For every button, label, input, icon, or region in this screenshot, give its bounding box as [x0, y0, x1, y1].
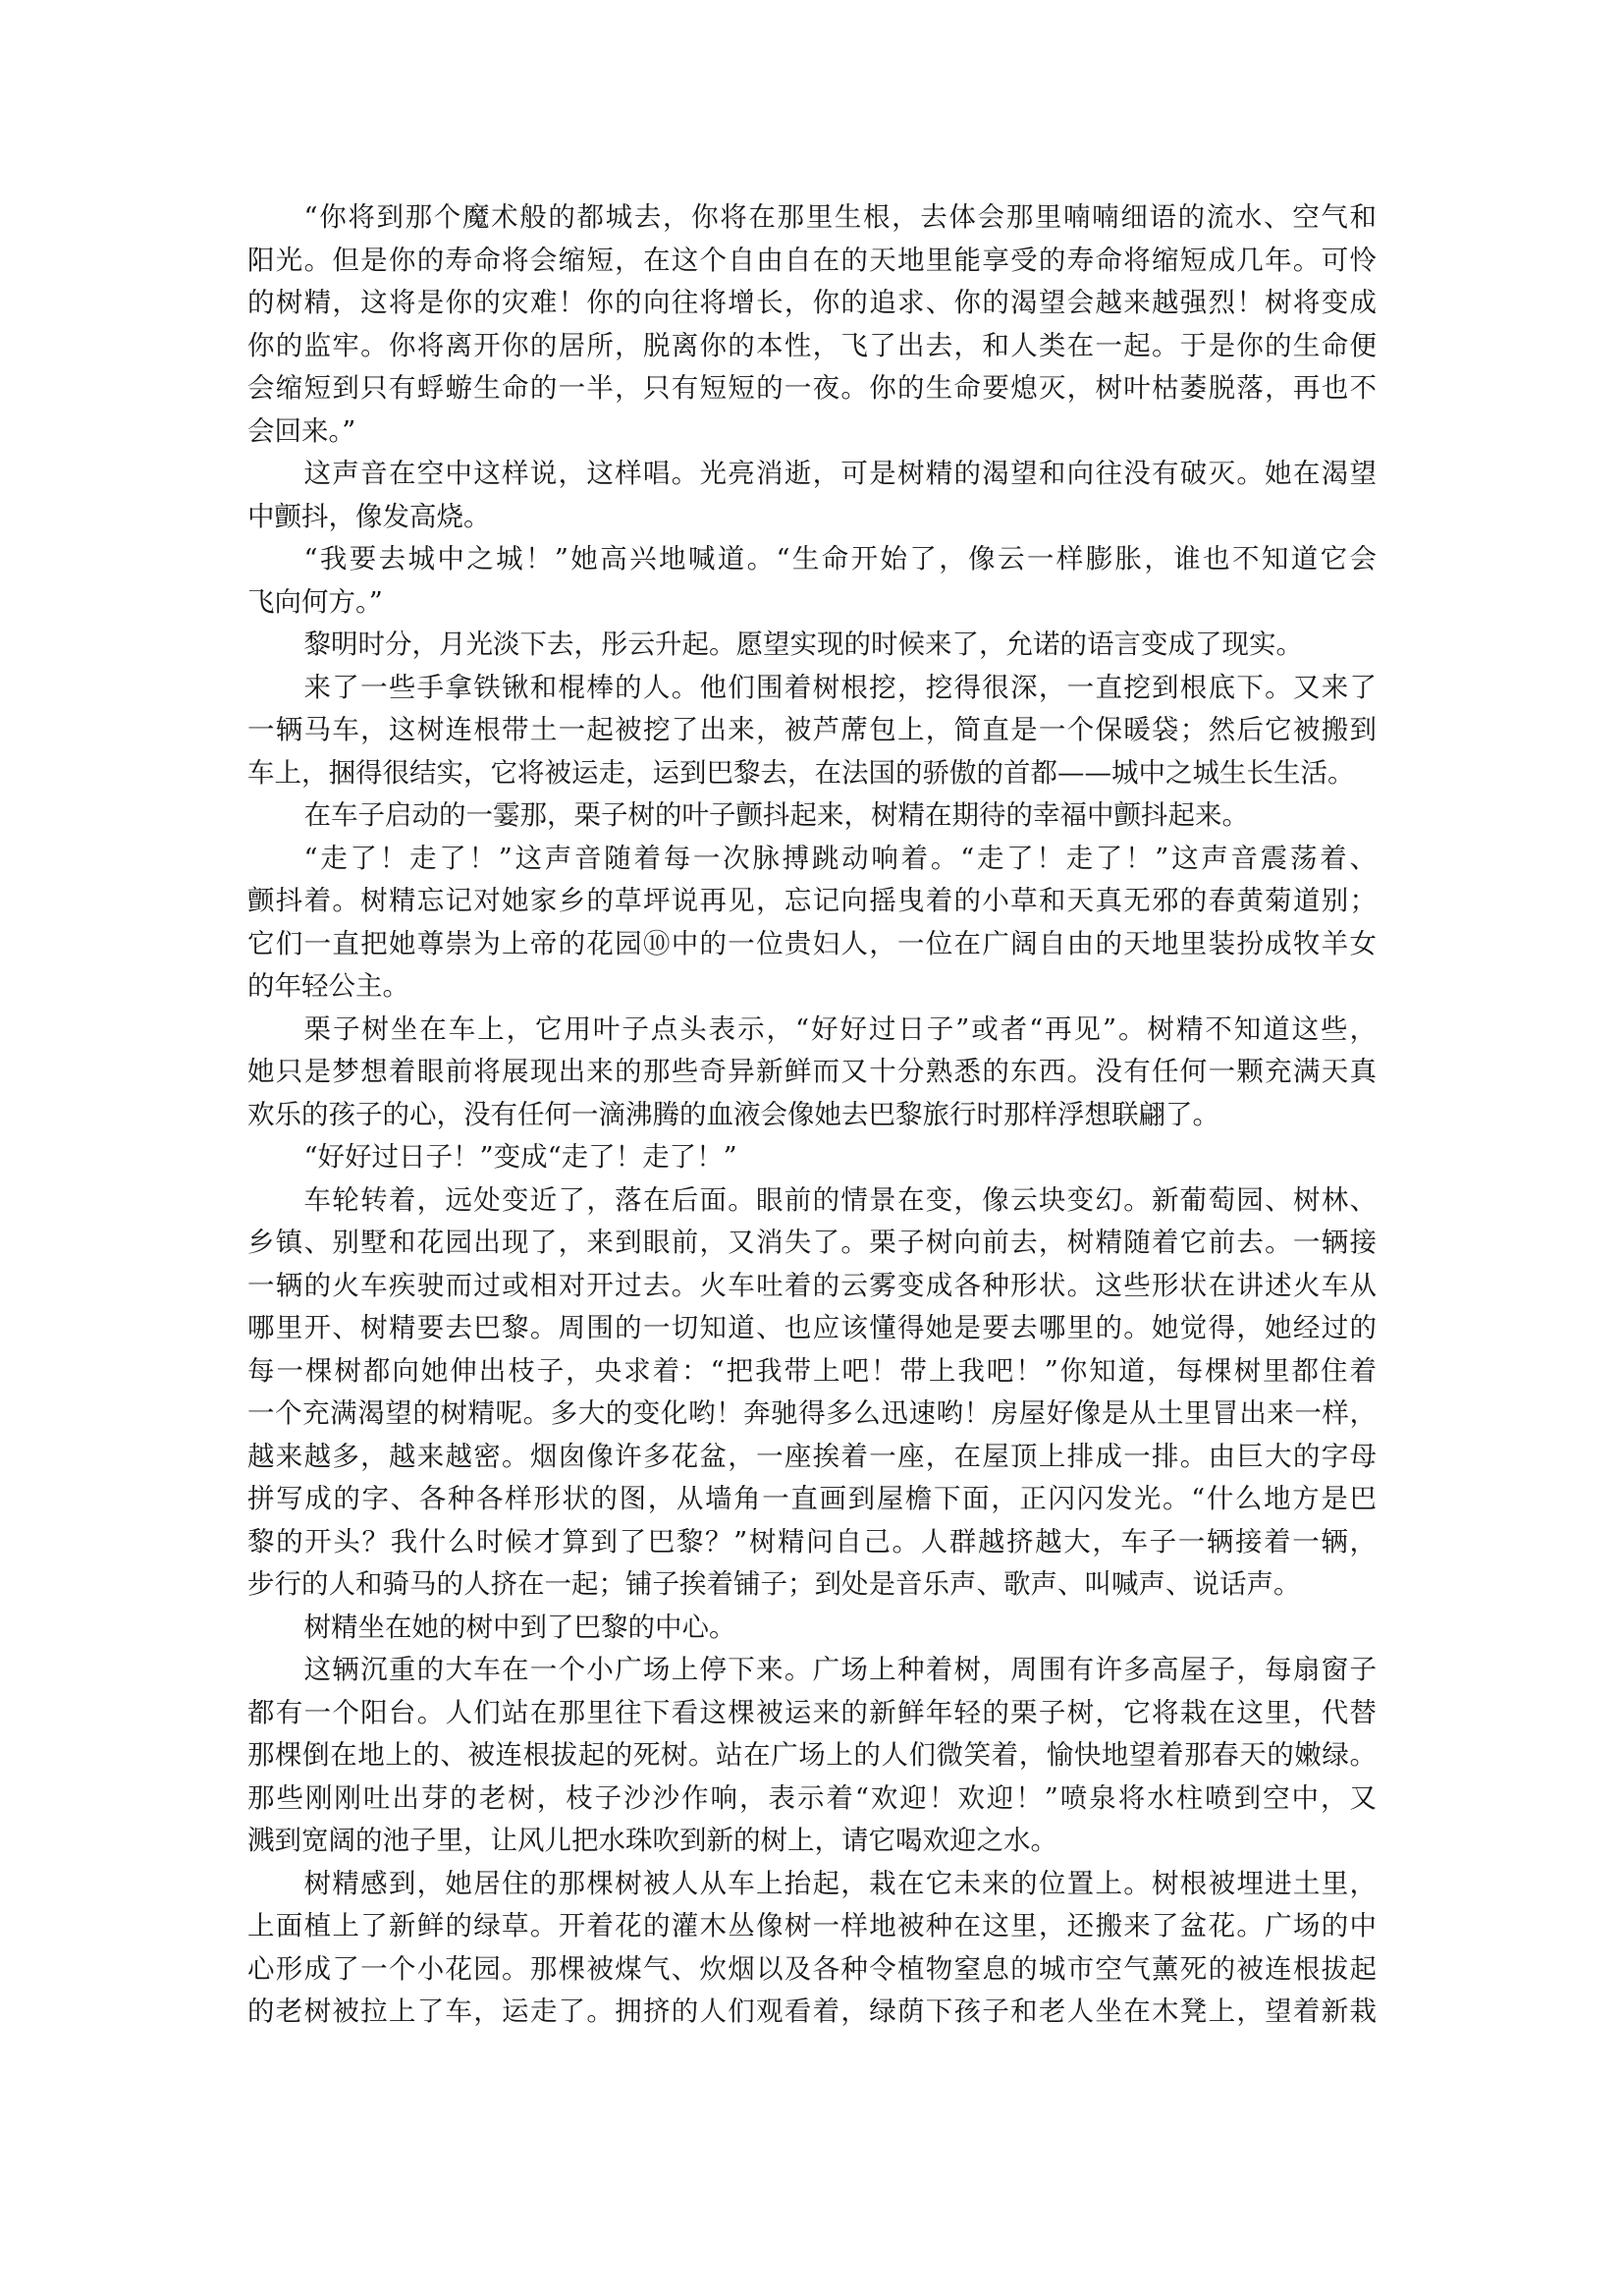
paragraph: 来了一些手拿铁锹和棍棒的人。他们围着树根挖，挖得很深，一直挖到根底下。又来了 一… [247, 667, 1377, 795]
paragraph: 这辆沉重的大车在一个小广场上停下来。广场上种着树，周围有许多高屋子，每扇窗子 都… [247, 1649, 1377, 1863]
text-line: “我要去城中之城！”她高兴地喊道。“生命开始了，像云一样膨胀，谁也不知道它会 [247, 538, 1377, 581]
text-line: “好好过日子！”变成“走了！走了！” [247, 1136, 1377, 1179]
text-line: 一个充满渴望的树精呢。多大的变化哟！奔驰得多么迅速哟！房屋好像是从土里冒出来一样… [247, 1393, 1377, 1436]
text-line: 溅到宽阔的池子里，让风儿把水珠吹到新的树上，请它喝欢迎之水。 [247, 1820, 1377, 1863]
text-line: 上面植上了新鲜的绿草。开着花的灌木丛像树一样地被种在这里，还搬来了盆花。广场的中 [247, 1905, 1377, 1948]
text-line: 你的监牢。你将离开你的居所，脱离你的本性，飞了出去，和人类在一起。于是你的生命便 [247, 325, 1377, 368]
text-line: 每一棵树都向她伸出枝子，央求着：“把我带上吧！带上我吧！”你知道，每棵树里都住着 [247, 1350, 1377, 1394]
paragraph: “好好过日子！”变成“走了！走了！” [247, 1136, 1377, 1179]
text-line: 乡镇、别墅和花园出现了，来到眼前，又消失了。栗子树向前去，树精随着它前去。一辆接 [247, 1222, 1377, 1265]
text-line: 来了一些手拿铁锹和棍棒的人。他们围着树根挖，挖得很深，一直挖到根底下。又来了 [247, 667, 1377, 710]
text-line: 车上，捆得很结实，它将被运走，运到巴黎去，在法国的骄傲的首都——城中之城生长生活… [247, 752, 1377, 795]
text-line: 她只是梦想着眼前将展现出来的那些奇异新鲜而又十分熟悉的东西。没有任何一颗充满天真 [247, 1051, 1377, 1094]
text-line: 车轮转着，远处变近了，落在后面。眼前的情景在变，像云块变幻。新葡萄园、树林、 [247, 1179, 1377, 1223]
paragraph: 这声音在空中这样说，这样唱。光亮消逝，可是树精的渴望和向往没有破灭。她在渴望 中… [247, 453, 1377, 538]
text-line: 栗子树坐在车上，它用叶子点头表示，“好好过日子”或者“再见”。树精不知道这些， [247, 1009, 1377, 1052]
text-line: 这声音在空中这样说，这样唱。光亮消逝，可是树精的渴望和向往没有破灭。她在渴望 [247, 453, 1377, 496]
body-text: “你将到那个魔术般的都城去，你将在那里生根，去体会那里喃喃细语的流水、空气和 阳… [247, 196, 1377, 2034]
text-line: 飞向何方。” [247, 581, 1377, 625]
text-line: 这辆沉重的大车在一个小广场上停下来。广场上种着树，周围有许多高屋子，每扇窗子 [247, 1649, 1377, 1692]
text-line: 中颤抖，像发高烧。 [247, 496, 1377, 539]
text-line: 会缩短到只有蜉蝣生命的一半，只有短短的一夜。你的生命要熄灭，树叶枯萎脱落，再也不 [247, 367, 1377, 410]
text-line: 步行的人和骑马的人挤在一起；铺子挨着铺子；到处是音乐声、歌声、叫喊声、说话声。 [247, 1563, 1377, 1607]
text-line: 在车子启动的一霎那，栗子树的叶子颤抖起来，树精在期待的幸福中颤抖起来。 [247, 794, 1377, 838]
text-line: 树精坐在她的树中到了巴黎的中心。 [247, 1607, 1377, 1650]
text-line: 黎的开头？我什么时候才算到了巴黎？”树精问自己。人群越挤越大，车子一辆接着一辆， [247, 1521, 1377, 1564]
text-line: 心形成了一个小花园。那棵被煤气、炊烟以及各种令植物窒息的城市空气薰死的被连根拔起 [247, 1948, 1377, 1992]
text-line: 欢乐的孩子的心，没有任何一滴沸腾的血液会像她去巴黎旅行时那样浮想联翩了。 [247, 1094, 1377, 1137]
text-line: 一辆的火车疾驶而过或相对开过去。火车吐着的云雾变成各种形状。这些形状在讲述火车从 [247, 1265, 1377, 1308]
text-line: 的树精，这将是你的灾难！你的向往将增长，你的追求、你的渴望会越来越强烈！树将变成 [247, 282, 1377, 325]
paragraph: 车轮转着，远处变近了，落在后面。眼前的情景在变，像云块变幻。新葡萄园、树林、 乡… [247, 1179, 1377, 1607]
text-line: 一辆马车，这树连根带土一起被挖了出来，被芦蓆包上，简直是一个保暖袋；然后它被搬到 [247, 709, 1377, 752]
text-line: 那棵倒在地上的、被连根拔起的死树。站在广场上的人们微笑着，愉快地望着那春天的嫩绿… [247, 1734, 1377, 1777]
paragraph: 栗子树坐在车上，它用叶子点头表示，“好好过日子”或者“再见”。树精不知道这些， … [247, 1009, 1377, 1137]
paragraph: 黎明时分，月光淡下去，彤云升起。愿望实现的时候来了，允诺的语言变成了现实。 [247, 624, 1377, 667]
text-line: 黎明时分，月光淡下去，彤云升起。愿望实现的时候来了，允诺的语言变成了现实。 [247, 624, 1377, 667]
text-line: 的年轻公主。 [247, 965, 1377, 1009]
text-line: 都有一个阳台。人们站在那里往下看这棵被运来的新鲜年轻的栗子树，它将栽在这里，代替 [247, 1692, 1377, 1735]
text-line: 拼写成的字、各种各样形状的图，从墙角一直画到屋檐下面，正闪闪发光。“什么地方是巴 [247, 1478, 1377, 1521]
text-line: 哪里开、树精要去巴黎。周围的一切知道、也应该懂得她是要去哪里的。她觉得，她经过的 [247, 1307, 1377, 1350]
text-line: 的老树被拉上了车，运走了。拥挤的人们观看着，绿荫下孩子和老人坐在木凳上，望着新栽 [247, 1991, 1377, 2034]
text-line: 它们一直把她尊崇为上帝的花园⑩中的一位贵妇人，一位在广阔自由的天地里装扮成牧羊女 [247, 923, 1377, 966]
text-line: 颤抖着。树精忘记对她家乡的草坪说再见，忘记向摇曳着的小草和天真无邪的春黄菊道别； [247, 880, 1377, 923]
text-line: 阳光。但是你的寿命将会缩短，在这个自由自在的天地里能享受的寿命将缩短成几年。可怜 [247, 240, 1377, 283]
text-line: 那些刚刚吐出芽的老树，枝子沙沙作响，表示着“欢迎！欢迎！”喷泉将水柱喷到空中，又 [247, 1777, 1377, 1821]
paragraph: 树精感到，她居住的那棵树被人从车上抬起，栽在它未来的位置上。树根被埋进土里， 上… [247, 1863, 1377, 2034]
text-line: “走了！走了！”这声音随着每一次脉搏跳动响着。“走了！走了！”这声音震荡着、 [247, 838, 1377, 881]
text-line: 会回来。” [247, 410, 1377, 454]
paragraph: “你将到那个魔术般的都城去，你将在那里生根，去体会那里喃喃细语的流水、空气和 阳… [247, 196, 1377, 453]
document-page: “你将到那个魔术般的都城去，你将在那里生根，去体会那里喃喃细语的流水、空气和 阳… [0, 0, 1623, 2296]
paragraph: “走了！走了！”这声音随着每一次脉搏跳动响着。“走了！走了！”这声音震荡着、 颤… [247, 838, 1377, 1009]
text-line: “你将到那个魔术般的都城去，你将在那里生根，去体会那里喃喃细语的流水、空气和 [247, 196, 1377, 240]
text-line: 树精感到，她居住的那棵树被人从车上抬起，栽在它未来的位置上。树根被埋进土里， [247, 1863, 1377, 1906]
paragraph: “我要去城中之城！”她高兴地喊道。“生命开始了，像云一样膨胀，谁也不知道它会 飞… [247, 538, 1377, 624]
text-line: 越来越多，越来越密。烟囱像许多花盆，一座挨着一座，在屋顶上排成一排。由巨大的字母 [247, 1436, 1377, 1479]
paragraph: 在车子启动的一霎那，栗子树的叶子颤抖起来，树精在期待的幸福中颤抖起来。 [247, 794, 1377, 838]
paragraph: 树精坐在她的树中到了巴黎的中心。 [247, 1607, 1377, 1650]
